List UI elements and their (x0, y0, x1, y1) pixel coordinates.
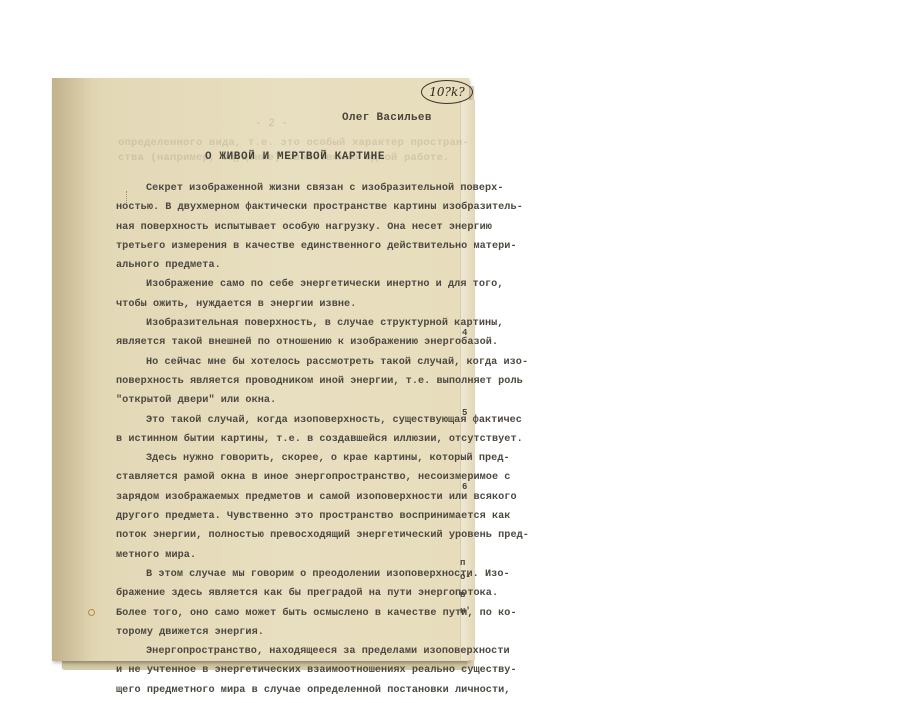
punch-hole-mark (88, 609, 95, 616)
text-line: щего предметного мира в случае определен… (116, 681, 461, 700)
text-line: в истинном бытии картины, т.е. в создавш… (116, 430, 461, 449)
text-line: ального предмета. (116, 256, 461, 275)
text-line: поток энергии, полностью превосходящий э… (116, 526, 461, 545)
margin-mark: 6 (462, 482, 467, 492)
text-line: торому движется энергия. (116, 623, 461, 642)
text-line: Изображение само по себе энергетически и… (116, 275, 461, 294)
document-title: О ЖИВОЙ И МЕРТВОЙ КАРТИНЕ (205, 151, 385, 163)
text-line: другого предмета. Чувственно это простра… (116, 507, 461, 526)
page-number: - 2 - (255, 118, 288, 130)
text-line: и не учтенное в энергетических взаимоотн… (116, 661, 461, 680)
text-line: Более того, оно само может быть осмыслен… (116, 604, 461, 623)
text-line: Но сейчас мне бы хотелось рассмотреть та… (116, 353, 461, 372)
text-line: ная поверхность испытывает особую нагруз… (116, 218, 461, 237)
margin-mark: в (460, 590, 465, 600)
text-line: является такой внешней по отношению к из… (116, 333, 461, 352)
text-line: Изобразительная поверхность, в случае ст… (116, 314, 461, 333)
margin-mark: п (460, 558, 465, 568)
margin-mark: о- (460, 572, 471, 582)
text-line: третьего измерения в качестве единственн… (116, 237, 461, 256)
margin-mark: н' (460, 606, 471, 616)
archive-number-stamp: 10?k? (421, 80, 473, 104)
text-line: поверхность является проводником иной эн… (116, 372, 461, 391)
text-line: Здесь нужно говорить, скорее, о крае кар… (116, 449, 461, 468)
document-body: Секрет изображенной жизни связан с изобр… (116, 179, 461, 700)
text-line: Секрет изображенной жизни связан с изобр… (116, 179, 461, 198)
text-line: ставляется рамой окна в иное энергопрост… (116, 468, 461, 487)
text-line: чтобы ожить, нуждается в энергии извне. (116, 295, 461, 314)
text-line: ностью. В двухмерном фактически простран… (116, 198, 461, 217)
text-line: бражение здесь является как бы преградой… (116, 584, 461, 603)
margin-mark: 5 (462, 408, 467, 418)
text-line: В этом случае мы говорим о преодолении и… (116, 565, 461, 584)
text-line: зарядом изображаемых предметов и самой и… (116, 488, 461, 507)
text-line: Это такой случай, когда изоповерхность, … (116, 411, 461, 430)
author-name: Олег Васильев (342, 112, 432, 124)
text-line: Энергопространство, находящееся за преде… (116, 642, 461, 661)
text-line: "открытой двери" или окна. (116, 391, 461, 410)
margin-mark: 4 (462, 328, 467, 338)
bleed-through-line: определенного вида, т.е. это особый хара… (118, 137, 469, 149)
text-line: метного мира. (116, 546, 461, 565)
